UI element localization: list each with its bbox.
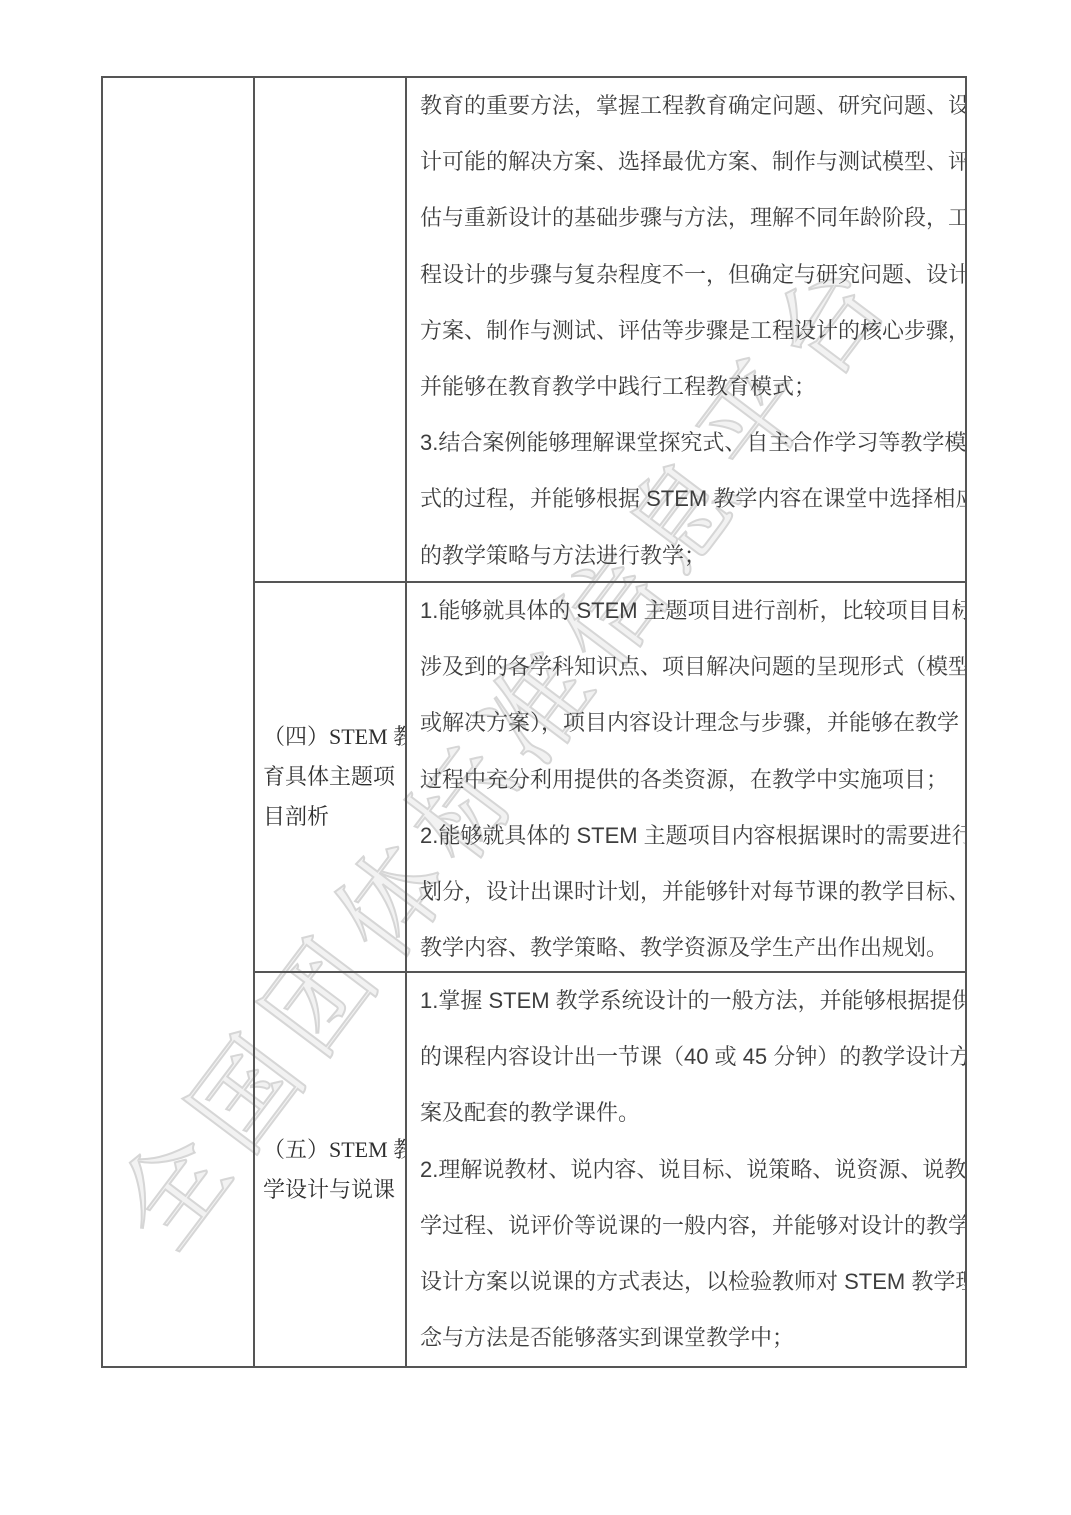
row-label-line: 育具体主题项 [263, 757, 397, 797]
row-label-cell [255, 78, 407, 581]
content-line: 或解决方案），项目内容设计理念与步骤，并能够在教学 [420, 695, 952, 751]
content-line: 程设计的步骤与复杂程度不一，但确定与研究问题、设计 [420, 247, 952, 303]
content-line: 1.掌握 STEM 教学系统设计的一般方法，并能够根据提供 [420, 973, 952, 1029]
content-line: 的教学策略与方法进行教学； [420, 528, 952, 581]
row-label-line: （四）STEM 教 [263, 717, 397, 757]
content-line: 念与方法是否能够落实到课堂教学中； [420, 1310, 952, 1366]
content-line: 划分，设计出课时计划，并能够针对每节课的教学目标、 [420, 864, 952, 920]
content-line: 涉及到的各学科知识点、项目解决问题的呈现形式（模型 [420, 639, 952, 695]
row-content-cell: 1.能够就具体的 STEM 主题项目进行剖析，比较项目目标、 涉及到的各学科知识… [407, 583, 965, 971]
content-line: 2.能够就具体的 STEM 主题项目内容根据课时的需要进行 [420, 808, 952, 864]
spanning-left-column-cell [103, 78, 255, 1366]
content-line: 学过程、说评价等说课的一般内容，并能够对设计的教学 [420, 1198, 952, 1254]
content-line: 3.结合案例能够理解课堂探究式、自主合作学习等教学模 [420, 415, 952, 471]
content-line: 估与重新设计的基础步骤与方法，理解不同年龄阶段，工 [420, 190, 952, 246]
content-line: 设计方案以说课的方式表达，以检验教师对 STEM 教学理 [420, 1254, 952, 1310]
content-line: 计可能的解决方案、选择最优方案、制作与测试模型、评 [420, 134, 952, 190]
content-line: 1.能够就具体的 STEM 主题项目进行剖析，比较项目目标、 [420, 583, 952, 639]
table-row: （四）STEM 教 育具体主题项 目剖析 1.能够就具体的 STEM 主题项目进… [255, 583, 965, 973]
row-label-cell: （四）STEM 教 育具体主题项 目剖析 [255, 583, 407, 971]
content-line: 教育的重要方法，掌握工程教育确定问题、研究问题、设 [420, 78, 952, 134]
standard-table: 教育的重要方法，掌握工程教育确定问题、研究问题、设 计可能的解决方案、选择最优方… [101, 76, 967, 1368]
content-line: 的课程内容设计出一节课（40 或 45 分钟）的教学设计方 [420, 1029, 952, 1085]
content-line: 2.理解说教材、说内容、说目标、说策略、说资源、说教 [420, 1142, 952, 1198]
content-line: 式的过程，并能够根据 STEM 教学内容在课堂中选择相应 [420, 471, 952, 527]
table-rows: 教育的重要方法，掌握工程教育确定问题、研究问题、设 计可能的解决方案、选择最优方… [255, 78, 965, 1366]
content-line: 过程中充分利用提供的各类资源，在教学中实施项目； [420, 752, 952, 808]
row-label-line: （五）STEM 教 [263, 1130, 397, 1170]
row-content-cell: 教育的重要方法，掌握工程教育确定问题、研究问题、设 计可能的解决方案、选择最优方… [407, 78, 965, 581]
row-content-cell: 1.掌握 STEM 教学系统设计的一般方法，并能够根据提供 的课程内容设计出一节… [407, 973, 965, 1366]
document-page: 全国团体标准信息平台 教育的重要方法，掌握工程教育确定问题、研究问题、设 计可能… [0, 0, 1071, 1515]
row-label-line: 学设计与说课 [263, 1170, 397, 1210]
content-line: 方案、制作与测试、评估等步骤是工程设计的核心步骤， [420, 303, 952, 359]
content-line: 案及配套的教学课件。 [420, 1085, 952, 1141]
row-label-cell: （五）STEM 教 学设计与说课 [255, 973, 407, 1366]
content-line: 并能够在教育教学中践行工程教育模式； [420, 359, 952, 415]
table-row: （五）STEM 教 学设计与说课 1.掌握 STEM 教学系统设计的一般方法，并… [255, 973, 965, 1366]
row-label-line: 目剖析 [263, 797, 397, 837]
table-row: 教育的重要方法，掌握工程教育确定问题、研究问题、设 计可能的解决方案、选择最优方… [255, 78, 965, 583]
content-line: 教学内容、教学策略、教学资源及学生产出作出规划。 [420, 920, 952, 971]
